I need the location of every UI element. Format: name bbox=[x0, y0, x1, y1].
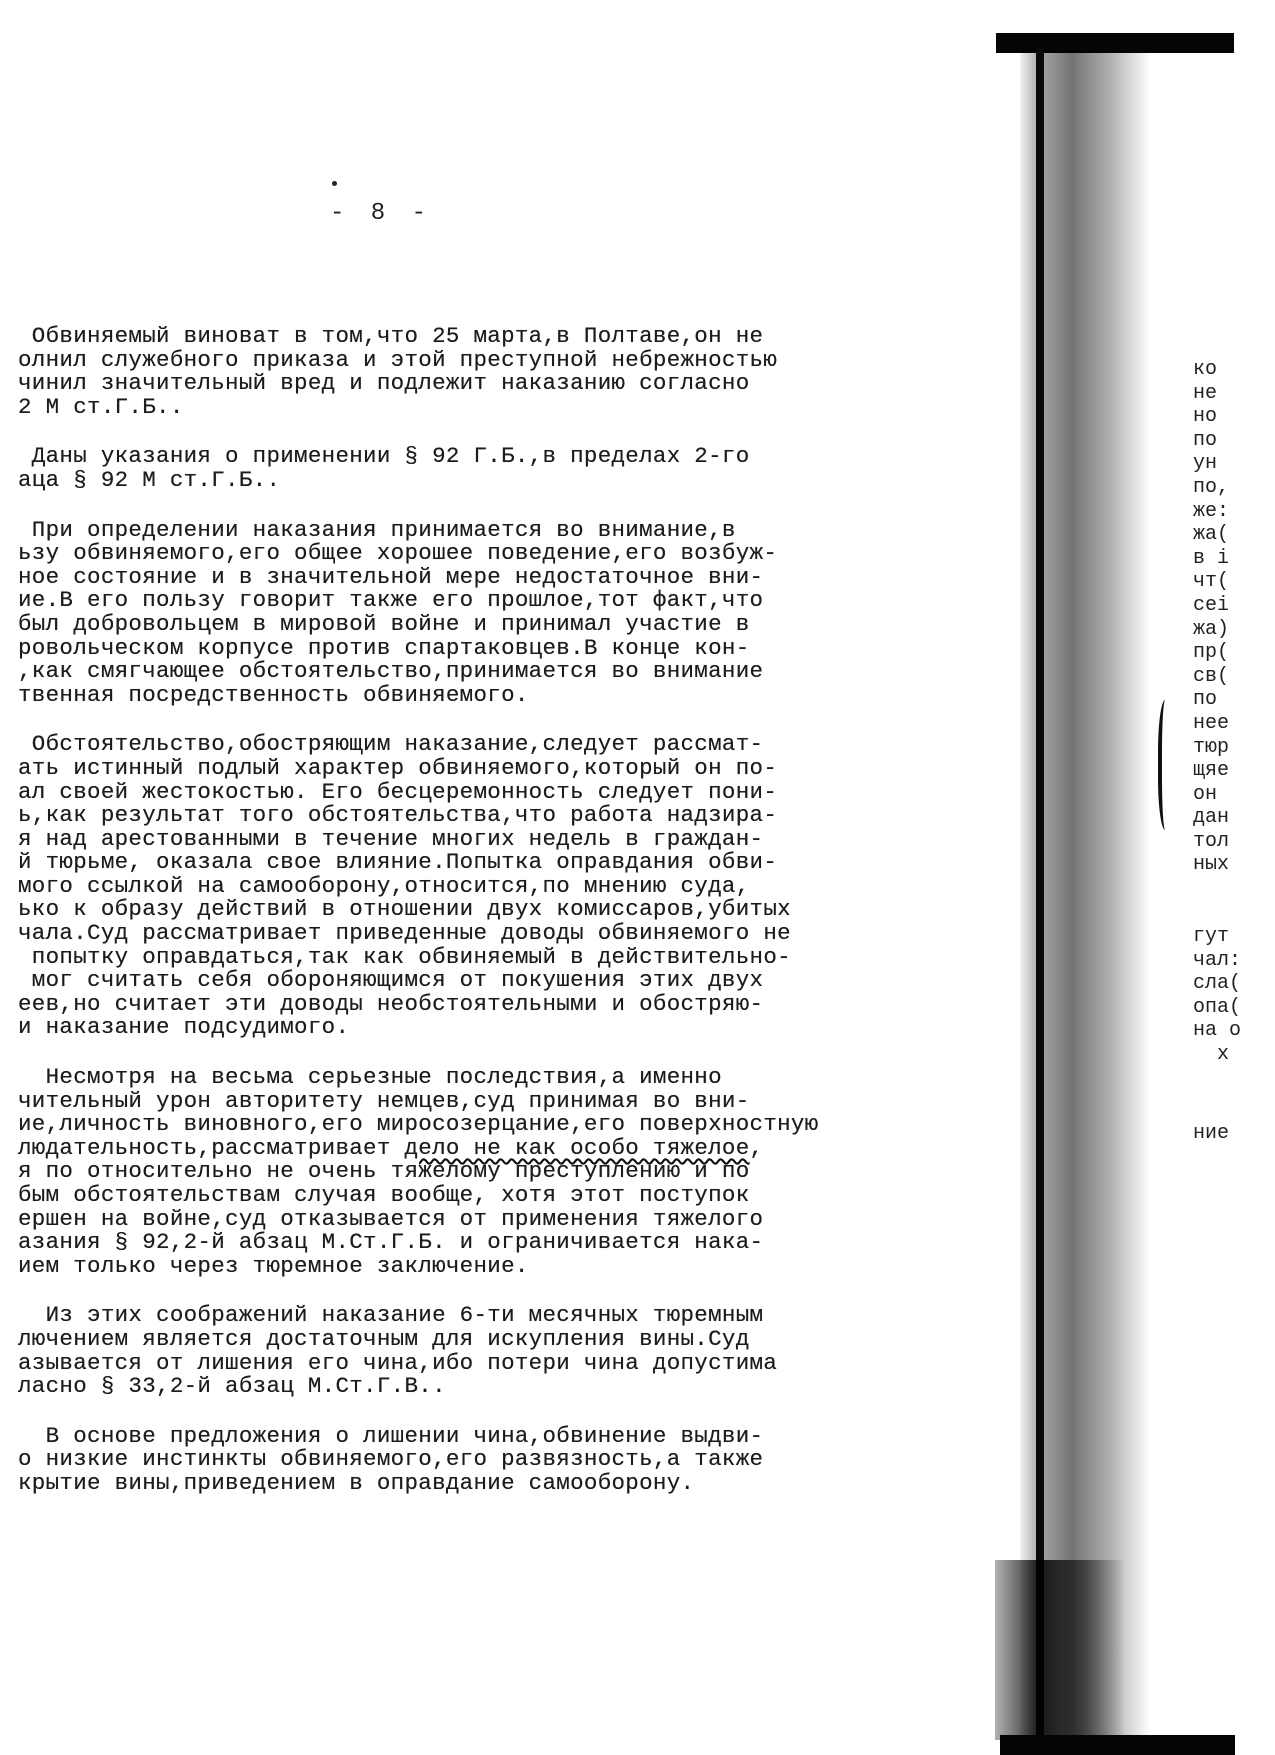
text-line: Из этих соображений наказание 6-ти месяч… bbox=[18, 1304, 978, 1328]
text-line: ь,как результат того обстоятельства,что … bbox=[18, 804, 978, 828]
text-line: чинил значительный вред и подлежит наказ… bbox=[18, 372, 978, 396]
facing-page-fragment: х bbox=[1193, 1043, 1243, 1067]
margin-brace-mark bbox=[1158, 700, 1176, 830]
text-line: При определении наказания принимается во… bbox=[18, 519, 978, 543]
text-line: ал своей жестокостью. Его бесцеремонност… bbox=[18, 781, 978, 805]
facing-page-fragment: тол bbox=[1193, 830, 1243, 854]
text-line: В основе предложения о лишении чина,обви… bbox=[18, 1425, 978, 1449]
facing-page-fragments: коненопоунпо,же:жа(в ічт(сеіжа)пр(св(пон… bbox=[1193, 358, 1243, 1145]
paragraph: В основе предложения о лишении чина,обви… bbox=[18, 1425, 978, 1496]
paragraph: При определении наказания принимается во… bbox=[18, 519, 978, 708]
underlined-phrase: дело не как особо тяжелое bbox=[404, 1135, 749, 1161]
facing-page-fragment: сла( bbox=[1193, 972, 1243, 996]
paragraph: Даны указания о применении § 92 Г.Б.,в п… bbox=[18, 445, 978, 492]
facing-page-fragment: чт( bbox=[1193, 570, 1243, 594]
text-line: я над арестованными в течение многих нед… bbox=[18, 828, 978, 852]
facing-page-fragment: сеі bbox=[1193, 594, 1243, 618]
text-line: чительный урон авторитету немцев,суд при… bbox=[18, 1090, 978, 1114]
text-line: азания § 92,2-й абзац М.Ст.Г.Б. и ограни… bbox=[18, 1231, 978, 1255]
text-line: ием только через тюремное заключение. bbox=[18, 1255, 978, 1279]
text-line: ько к образу действий в отношении двух к… bbox=[18, 898, 978, 922]
facing-page-fragment: тюр bbox=[1193, 736, 1243, 760]
paragraph: Обстоятельство,обостряющим наказание,сле… bbox=[18, 733, 978, 1040]
facing-page-fragment: ние , bbox=[1193, 1122, 1243, 1146]
facing-page-fragment: по, bbox=[1193, 476, 1243, 500]
text-line: ершен на войне,суд отказывается от приме… bbox=[18, 1208, 978, 1232]
facing-page-fragment: на о( bbox=[1193, 1019, 1243, 1043]
facing-page-fragment: по bbox=[1193, 429, 1243, 453]
text-line: азывается от лишения его чина,ибо потери… bbox=[18, 1352, 978, 1376]
text-line: и наказание подсудимого. bbox=[18, 1016, 978, 1040]
facing-page-fragment: жа) bbox=[1193, 618, 1243, 642]
text-line: попытку оправдаться,так как обвиняемый в… bbox=[18, 946, 978, 970]
text-line: ,как смягчающее обстоятельство,принимает… bbox=[18, 660, 978, 684]
text-line: Обвиняемый виноват в том,что 25 марта,в … bbox=[18, 325, 978, 349]
text-line: 2 М ст.Г.Б.. bbox=[18, 396, 978, 420]
book-gutter-line bbox=[1036, 48, 1044, 1755]
text-line: Даны указания о применении § 92 Г.Б.,в п… bbox=[18, 445, 978, 469]
paragraph: Обвиняемый виноват в том,что 25 марта,в … bbox=[18, 325, 978, 419]
facing-page-fragment: жа( bbox=[1193, 523, 1243, 547]
text-line: твенная посредственность обвиняемого. bbox=[18, 684, 978, 708]
paragraph: Из этих соображений наказание 6-ти месяч… bbox=[18, 1304, 978, 1398]
facing-page-fragment: ко bbox=[1193, 358, 1243, 382]
page-number: - 8 - bbox=[330, 200, 432, 227]
text-line: й тюрьме, оказала свое влияние.Попытка о… bbox=[18, 851, 978, 875]
facing-page-fragment: же: bbox=[1193, 500, 1243, 524]
text-line: ное состояние и в значительной мере недо… bbox=[18, 566, 978, 590]
text-line: мог считать себя обороняющимся от покуше… bbox=[18, 969, 978, 993]
facing-page-fragment: пр( bbox=[1193, 641, 1243, 665]
document-body: Обвиняемый виноват в том,что 25 марта,в … bbox=[18, 325, 978, 1522]
facing-page-fragment: не bbox=[1193, 382, 1243, 406]
ink-speck bbox=[332, 181, 337, 186]
facing-page-fragment: нее bbox=[1193, 712, 1243, 736]
text-line: был добровольцем в мировой войне и прини… bbox=[18, 613, 978, 637]
text-line: о низкие инстинкты обвиняемого,его развя… bbox=[18, 1448, 978, 1472]
paragraph: Несмотря на весьма серьезные последствия… bbox=[18, 1066, 978, 1278]
book-gutter-bottom-shadow bbox=[995, 1560, 1125, 1740]
facing-page-fragment: ун bbox=[1193, 452, 1243, 476]
text-line: ровольческом корпусе против спартаковцев… bbox=[18, 637, 978, 661]
facing-page-fragment: св( bbox=[1193, 665, 1243, 689]
text-line: еев,но считает эти доводы необстоятельны… bbox=[18, 993, 978, 1017]
facing-page-fragment: но bbox=[1193, 405, 1243, 429]
text-line: лючением является достаточным для искупл… bbox=[18, 1328, 978, 1352]
text-line: ьзу обвиняемого,его общее хорошее поведе… bbox=[18, 542, 978, 566]
text-line: бым обстоятельствам случая вообще, хотя … bbox=[18, 1184, 978, 1208]
facing-page-fragment: в і bbox=[1193, 547, 1243, 571]
facing-page-fragment: ных bbox=[1193, 853, 1243, 877]
text-line: аца § 92 М ст.Г.Б.. bbox=[18, 469, 978, 493]
text-line: я по относительно не очень тяжелому прес… bbox=[18, 1160, 978, 1184]
facing-page-fragment: гут bbox=[1193, 925, 1243, 949]
facing-page-fragment: чал: bbox=[1193, 949, 1243, 973]
text-line: ие.В его пользу говорит также его прошло… bbox=[18, 589, 978, 613]
facing-page-fragment: по bbox=[1193, 688, 1243, 712]
text-line: олнил служебного приказа и этой преступн… bbox=[18, 349, 978, 373]
text-line: ие,личность виновного,его миросозерцание… bbox=[18, 1113, 978, 1137]
facing-page-fragment: опа( bbox=[1193, 996, 1243, 1020]
text-line: людательность,рассматривает дело не как … bbox=[18, 1137, 978, 1161]
text-line: ать истинный подлый характер обвиняемого… bbox=[18, 757, 978, 781]
facing-page-fragment: он bbox=[1193, 783, 1243, 807]
text-line: чала.Суд рассматривает приведенные довод… bbox=[18, 922, 978, 946]
text-line: крытие вины,приведением в оправдание сам… bbox=[18, 1472, 978, 1496]
text-line: мого ссылкой на самооборону,относится,по… bbox=[18, 875, 978, 899]
scan-edge-bottom-bar bbox=[1000, 1735, 1235, 1755]
text-line: Несмотря на весьма серьезные последствия… bbox=[18, 1066, 978, 1090]
text-line: ласно § 33,2-й абзац М.Ст.Г.В.. bbox=[18, 1375, 978, 1399]
facing-page-fragment: щяе bbox=[1193, 759, 1243, 783]
facing-page-fragment: дан bbox=[1193, 806, 1243, 830]
text-line: Обстоятельство,обостряющим наказание,сле… bbox=[18, 733, 978, 757]
